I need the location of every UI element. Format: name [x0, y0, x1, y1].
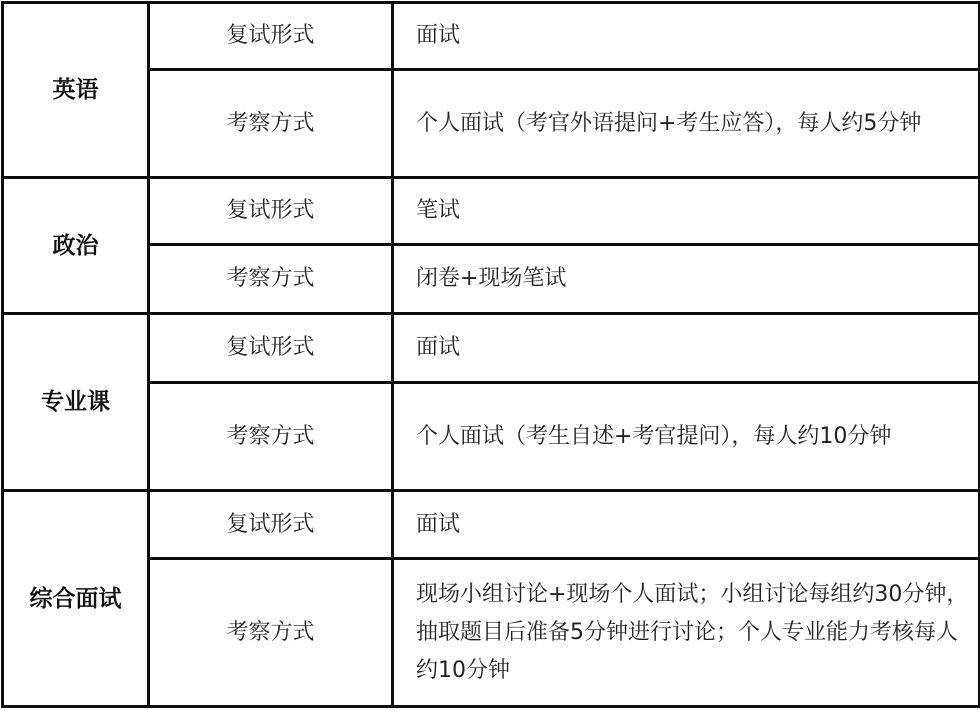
value-cell: 面试 — [393, 314, 980, 383]
table-row: 政治 复试形式 笔试 — [3, 178, 980, 245]
label-cell: 复试形式 — [149, 491, 393, 559]
retest-format-table: 英语 复试形式 面试 考察方式 个人面试（考官外语提问+考生应答），每人约5分钟… — [1, 1, 980, 708]
table-row: 综合面试 复试形式 面试 — [3, 491, 980, 559]
label-cell: 复试形式 — [149, 314, 393, 383]
value-cell: 个人面试（考官外语提问+考生应答），每人约5分钟 — [393, 70, 980, 178]
label-cell: 复试形式 — [149, 178, 393, 245]
table-row: 专业课 复试形式 面试 — [3, 314, 980, 383]
retest-format-table-container: 英语 复试形式 面试 考察方式 个人面试（考官外语提问+考生应答），每人约5分钟… — [1, 1, 978, 707]
value-cell: 面试 — [393, 3, 980, 70]
label-cell: 考察方式 — [149, 559, 393, 707]
value-cell: 面试 — [393, 491, 980, 559]
label-cell: 考察方式 — [149, 383, 393, 491]
subject-cell-major-course: 专业课 — [3, 314, 149, 491]
value-cell: 闭卷+现场笔试 — [393, 245, 980, 314]
value-cell: 个人面试（考生自述+考官提问），每人约10分钟 — [393, 383, 980, 491]
table-row: 考察方式 个人面试（考生自述+考官提问），每人约10分钟 — [3, 383, 980, 491]
subject-cell-comprehensive-interview: 综合面试 — [3, 491, 149, 707]
subject-cell-english: 英语 — [3, 3, 149, 178]
value-cell: 现场小组讨论+现场个人面试；小组讨论每组约30分钟，抽取题目后准备5分钟进行讨论… — [393, 559, 980, 707]
table-row: 考察方式 闭卷+现场笔试 — [3, 245, 980, 314]
label-cell: 考察方式 — [149, 245, 393, 314]
table-row: 考察方式 个人面试（考官外语提问+考生应答），每人约5分钟 — [3, 70, 980, 178]
label-cell: 考察方式 — [149, 70, 393, 178]
label-cell: 复试形式 — [149, 3, 393, 70]
table-row: 英语 复试形式 面试 — [3, 3, 980, 70]
value-cell: 笔试 — [393, 178, 980, 245]
table-row: 考察方式 现场小组讨论+现场个人面试；小组讨论每组约30分钟，抽取题目后准备5分… — [3, 559, 980, 707]
subject-cell-politics: 政治 — [3, 178, 149, 314]
